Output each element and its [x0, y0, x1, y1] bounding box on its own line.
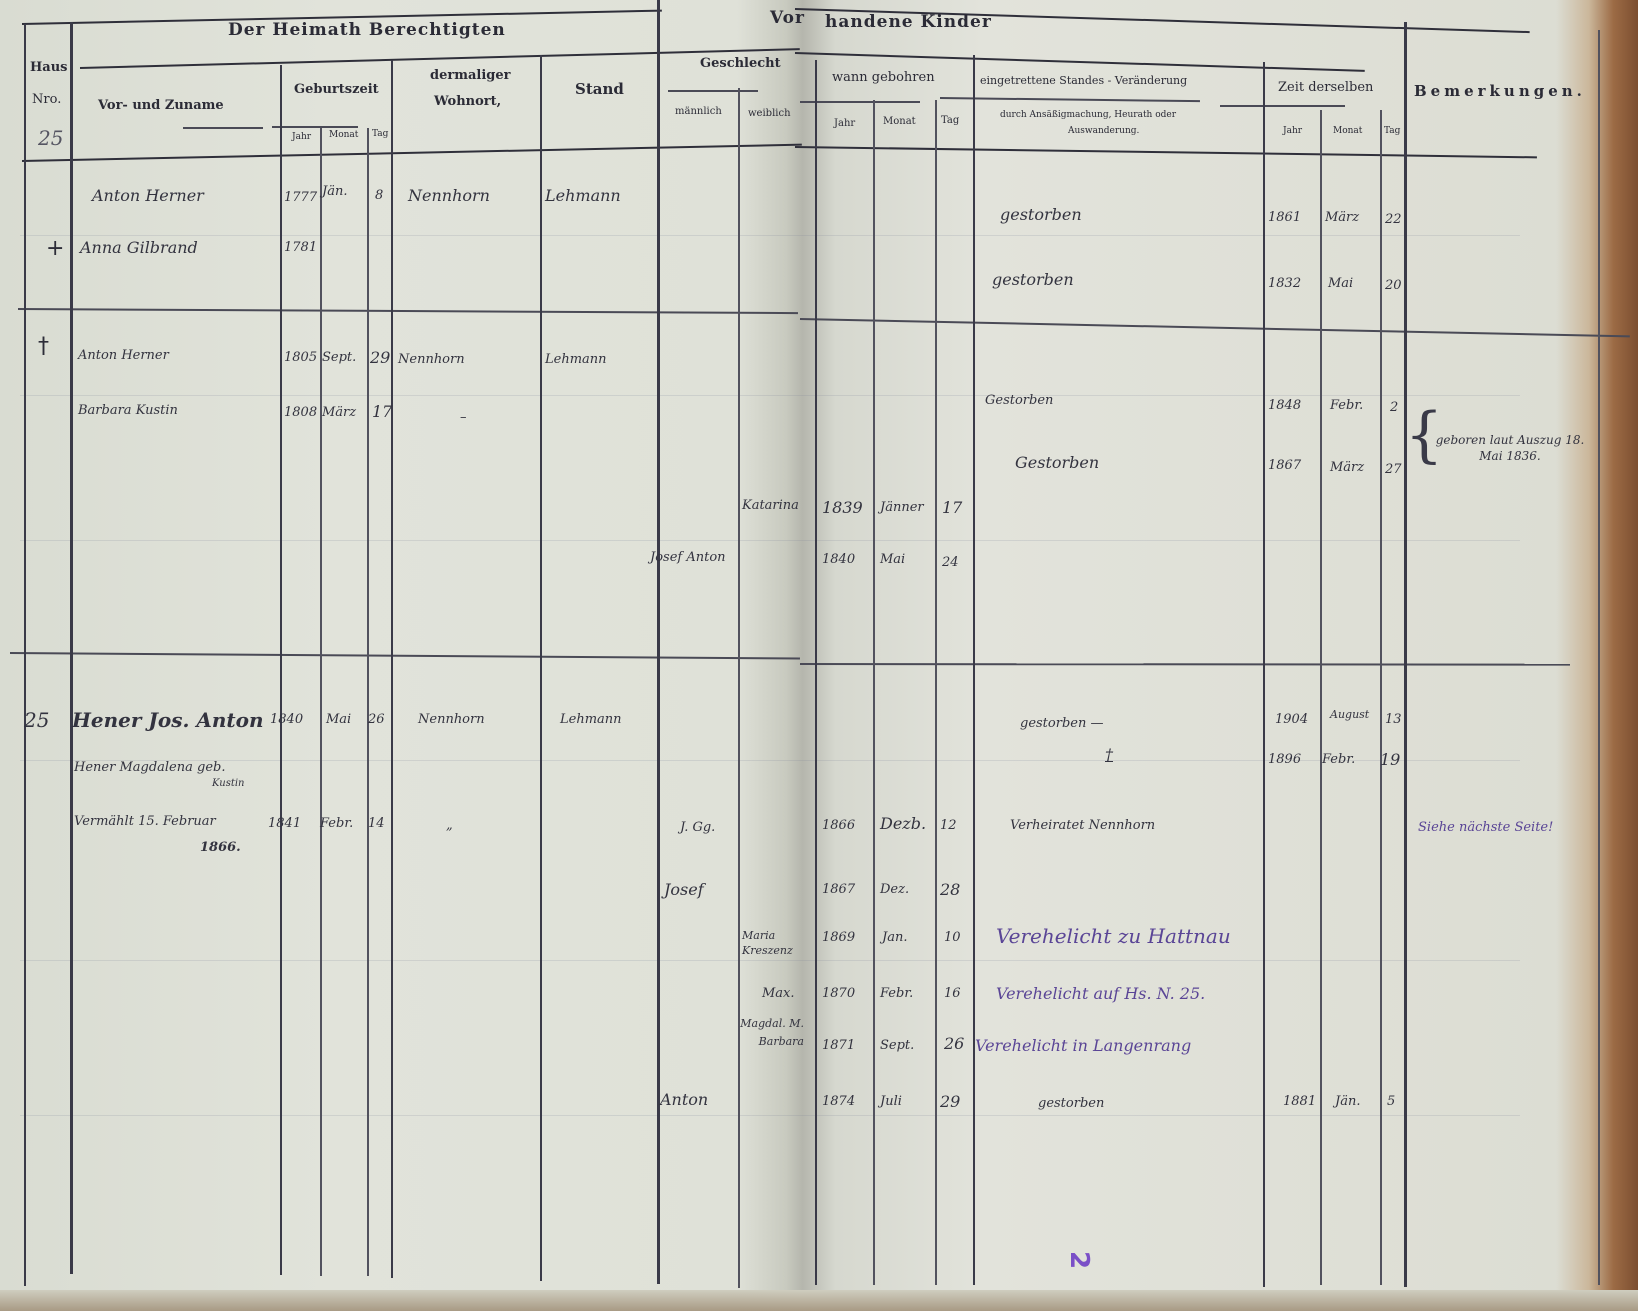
header-sex-column: Geschlecht [700, 56, 781, 71]
header-change-sub-line2: Auswanderung. [1068, 126, 1139, 136]
header-bottom-rule-right [795, 146, 1537, 158]
child-birth-year: 1867 [822, 882, 855, 897]
entry-residence: Nennhorn [408, 186, 490, 205]
section-rule-2-right [800, 663, 1570, 665]
child-birth-day: 10 [944, 930, 961, 945]
entry-birth-month: Sept. [322, 350, 356, 365]
entry-head-change: gestorben — [1020, 716, 1103, 731]
entry-remark: geboren laut Auszug 18. Mai 1836. [1435, 432, 1585, 464]
header-time-year: Jahr [1283, 126, 1302, 136]
entry-name: Barbara Kustin [78, 403, 178, 418]
entry-status: Lehmann [545, 352, 607, 367]
header-right-title: handene Kinder [825, 12, 992, 32]
child-birth-day: 28 [940, 880, 960, 899]
entry-head-name: Hener Jos. Anton [72, 708, 264, 732]
entry-birth-month: Jän. [322, 184, 347, 199]
section-rule-2-left [10, 652, 800, 659]
header-name-column: Vor- und Zuname [98, 98, 224, 113]
child-name: Josef [664, 880, 704, 899]
entry-change-day: 27 [1385, 462, 1402, 477]
entry-change-year: 1867 [1268, 458, 1301, 473]
entry-wife-change-month: Febr. [1322, 752, 1355, 767]
header-birth-day: Tag [372, 129, 388, 139]
child-change: Verehelicht zu Hattnau [996, 924, 1231, 948]
column-rule [24, 24, 26, 1286]
child-change: Verehelicht in Langenrang [975, 1036, 1191, 1055]
entry-change: Gestorben [985, 393, 1053, 408]
entry-wife-birth-year: 1841 [268, 816, 301, 831]
header-residence-line2: Wohnort, [434, 94, 501, 109]
child-name: Josef Anton [650, 550, 726, 565]
header-nro: Nro. [32, 92, 61, 107]
entry-birth-day: 17 [372, 402, 392, 421]
child-birth-month: Dezb. [880, 814, 926, 833]
header-mid-rule-right [795, 52, 1365, 72]
header-haus: Haus [30, 60, 67, 75]
child-birth-year: 1869 [822, 930, 855, 945]
child-birth-day: 16 [944, 986, 961, 1001]
child-birth-day: 24 [942, 555, 959, 570]
entry-wife-birth-month: Febr. [320, 816, 353, 831]
child-name: Max. [762, 986, 795, 1001]
child-birth-year: 1839 [822, 498, 863, 517]
entry-birth-year: 1808 [284, 405, 317, 420]
child-birth-year: 1874 [822, 1094, 855, 1109]
entry-change-month: Febr. [1330, 398, 1363, 413]
header-born-month: Monat [883, 116, 916, 127]
entry-change-year: 1848 [1268, 398, 1301, 413]
header-time-column: Zeit derselben [1278, 80, 1373, 95]
header-residence-line1: dermaliger [430, 68, 510, 83]
header-birth-column: Geburtszeit [294, 82, 379, 97]
child-name: Magdal. M. Barbara [716, 1015, 804, 1051]
child-birth-month: Sept. [880, 1038, 914, 1053]
entry-residence: Nennhorn [398, 352, 465, 367]
child-birth-year: 1866 [822, 818, 855, 833]
entry-wife-name: Hener Magdalena geb. [74, 760, 225, 775]
header-time-day: Tag [1384, 126, 1400, 136]
child-birth-year: 1840 [822, 552, 855, 567]
entry-birth-year: 1781 [284, 240, 317, 255]
child-name: Anton [660, 1090, 708, 1109]
header-remarks-column: Bemerkungen. [1414, 82, 1586, 100]
entry-head-birth-month: Mai [326, 712, 351, 727]
entry-name: Anna Gilbrand [80, 238, 198, 257]
entry-birth-year: 1805 [284, 350, 317, 365]
entry-wife-name-sub: Kustin [212, 778, 244, 789]
entry-status: Lehmann [545, 186, 621, 205]
entry-change-month: März [1330, 460, 1364, 475]
entry-head-birth-year: 1840 [270, 712, 303, 727]
entry-name: Anton Herner [92, 186, 204, 205]
child-change-year: 1881 [1283, 1094, 1316, 1109]
entry-birth-month: März [322, 405, 356, 420]
child-remark: Siehe nächste Seite! [1418, 820, 1553, 835]
entry-wife-change-day: 19 [1380, 750, 1400, 769]
entry-name: Anton Herner [78, 348, 169, 363]
page-bottom-edge [0, 1290, 1638, 1311]
entry-head-change-month: August [1330, 708, 1369, 721]
child-change: Verheiratet Nennhorn [1010, 818, 1155, 833]
header-birth-year: Jahr [292, 132, 311, 142]
entry-birth-day: 8 [375, 188, 383, 203]
child-birth-day: 17 [942, 498, 962, 517]
entry-head-residence: Nennhorn [418, 712, 485, 727]
child-name: Katarina [742, 498, 799, 513]
entry-change-month: März [1325, 210, 1359, 225]
child-change-day: 5 [1387, 1094, 1395, 1109]
entry-birth-day: 29 [370, 348, 390, 367]
child-birth-month: Jänner [880, 500, 924, 515]
child-birth-day: 26 [944, 1034, 964, 1053]
entry-change: gestorben [992, 270, 1074, 289]
header-change-column: eingetrettene Standes - Veränderung [980, 74, 1187, 87]
entry-birth-year: 1777 [284, 190, 317, 205]
entry-change-day: 20 [1385, 278, 1402, 293]
entry-change-month: Mai [1328, 276, 1353, 291]
child-birth-year: 1870 [822, 986, 855, 1001]
entry-wife-residence: „ [446, 818, 453, 833]
entry-wife-change: † [1105, 745, 1113, 764]
deceased-cross-mark: + [46, 236, 64, 261]
child-change-month: Jän. [1335, 1094, 1360, 1109]
child-birth-day: 12 [940, 818, 957, 833]
marriage-note-line2: 1866. [200, 840, 241, 855]
child-birth-month: Febr. [880, 986, 913, 1001]
header-house-number: 25 [38, 126, 63, 150]
child-birth-month: Juli [880, 1094, 902, 1109]
deceased-cross-mark: † [38, 334, 49, 359]
entry-change-year: 1861 [1268, 210, 1301, 225]
entry-change-year: 1832 [1268, 276, 1301, 291]
header-change-sub-line1: durch Ansäßigmachung, Heurath oder [1000, 110, 1176, 120]
entry-wife-change-year: 1896 [1268, 752, 1301, 767]
entry-change: Gestorben [1015, 453, 1099, 472]
child-change: Verehelicht auf Hs. N. 25. [996, 984, 1205, 1003]
entry-wife-birth-day: 14 [368, 816, 385, 831]
child-birth-day: 29 [940, 1092, 960, 1111]
section-rule-1-right [800, 318, 1630, 337]
child-birth-month: Jan. [882, 930, 907, 945]
child-change: gestorben [1038, 1096, 1104, 1111]
header-sex-female: weiblich [748, 108, 791, 119]
header-birth-month: Monat [329, 130, 358, 140]
violet-pencil-mark: 2 [1064, 1251, 1094, 1269]
header-bottom-rule-left [22, 144, 802, 162]
header-born-day: Tag [941, 115, 959, 126]
header-born-year: Jahr [834, 118, 855, 129]
header-born-column: wann gebohren [832, 70, 935, 85]
header-time-month: Monat [1333, 126, 1362, 136]
entry-change-day: 22 [1385, 212, 1402, 227]
child-name: Maria Kreszenz [742, 928, 802, 958]
child-birth-year: 1871 [822, 1038, 855, 1053]
entry-change-day: 2 [1390, 400, 1398, 415]
header-sex-male: männlich [675, 106, 722, 117]
entry-residence: – [460, 410, 467, 425]
header-left-title: Der Heimath Berechtigten [228, 20, 506, 40]
entry-head-status: Lehmann [560, 712, 622, 727]
child-birth-month: Dez. [880, 882, 909, 897]
entry-head-change-year: 1904 [1275, 712, 1308, 727]
child-birth-month: Mai [880, 552, 905, 567]
child-name: J. Gg. [680, 820, 715, 835]
header-right-title-prefix: Vor [770, 8, 805, 28]
register-book-spread: Der Heimath Berechtigten Vor handene Kin… [0, 0, 1638, 1311]
entry-head-change-day: 13 [1385, 712, 1402, 727]
marriage-note-line1: Vermählt 15. Februar [74, 814, 216, 829]
header-status-column: Stand [575, 80, 624, 98]
entry-change: gestorben [1000, 205, 1082, 224]
header-mid-rule-left [80, 48, 800, 69]
entry-head-birth-day: 26 [368, 712, 385, 727]
section-rule-1-left [18, 308, 798, 314]
entry-house-number: 25 [24, 708, 49, 732]
